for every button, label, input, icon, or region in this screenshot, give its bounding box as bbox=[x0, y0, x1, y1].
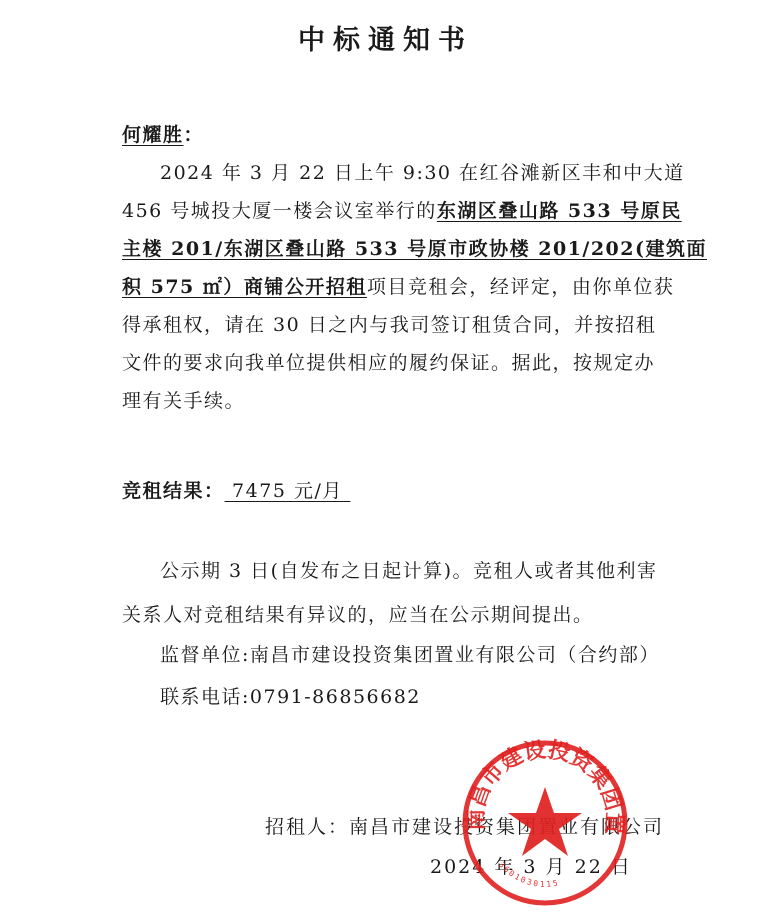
recipient-line: 何耀胜： bbox=[122, 120, 204, 147]
body-line-1: 2024 年 3 月 22 日上午 9:30 在红谷滩新区丰和中大道 bbox=[160, 158, 685, 185]
issue-date: 2024 年 3 月 22 日 bbox=[430, 852, 632, 879]
project-name-part-3: 积 575 ㎡）商铺公开招租 bbox=[122, 276, 367, 298]
project-name-part-1: 东湖区叠山路 533 号原民 bbox=[437, 200, 682, 222]
supervisor-line: 监督单位:南昌市建设投资集团置业有限公司（合约部） bbox=[160, 640, 660, 667]
body-line-4: 积 575 ㎡）商铺公开招租项目竞租会，经评定，由你单位获 bbox=[122, 272, 674, 299]
recipient-name: 何耀胜 bbox=[122, 124, 184, 146]
body-line-5: 得承租权，请在 30 日之内与我司签订租赁合同，并按招租 bbox=[122, 310, 656, 337]
issuer-signature: 招租人：南昌市建设投资集团置业有限公司 bbox=[265, 812, 664, 839]
bid-result-line: 竞租结果： 7475 元/月 bbox=[122, 476, 350, 503]
project-name-part-2: 主楼 201/东湖区叠山路 533 号原市政协楼 201/202(建筑面 bbox=[122, 238, 707, 260]
body-line-2: 456 号城投大厦一楼会议室举行的东湖区叠山路 533 号原民 bbox=[122, 196, 682, 223]
notice-line-2: 关系人对竞租结果有异议的，应当在公示期间提出。 bbox=[122, 600, 594, 627]
bid-result-value: 7475 元/月 bbox=[225, 480, 351, 502]
bid-result-label: 竞租结果： bbox=[122, 480, 225, 502]
document-title: 中标通知书 bbox=[0, 18, 771, 57]
body-line-3: 主楼 201/东湖区叠山路 533 号原市政协楼 201/202(建筑面 bbox=[122, 234, 707, 261]
body-line-7: 理有关手续。 bbox=[122, 386, 245, 413]
contact-line: 联系电话:0791-86856682 bbox=[160, 682, 421, 709]
body-line-6: 文件的要求向我单位提供相应的履约保证。据此，按规定办 bbox=[122, 348, 655, 375]
notice-line-1: 公示期 3 日(自发布之日起计算)。竞租人或者其他利害 bbox=[160, 556, 658, 583]
recipient-suffix: ： bbox=[184, 124, 205, 146]
body-line-4-plain: 项目竞租会，经评定，由你单位获 bbox=[367, 276, 675, 298]
body-line-2-plain: 456 号城投大厦一楼会议室举行的 bbox=[122, 200, 437, 222]
